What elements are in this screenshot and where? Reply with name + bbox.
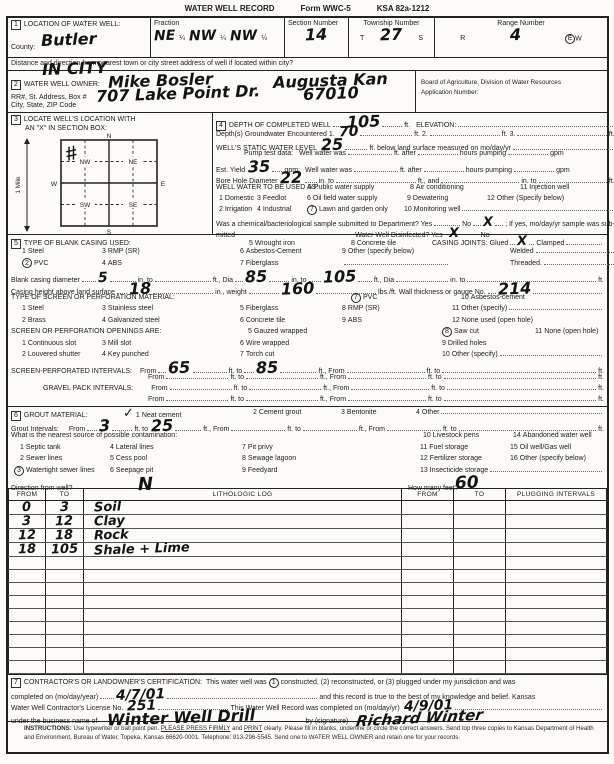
option-label: Galvanized steel [108, 315, 160, 326]
fraction-2-value: NW [189, 29, 217, 44]
lith-cell-value: 3 [22, 515, 31, 528]
option-7: 7Lawn and garden only [307, 204, 404, 215]
option-label: Other (specify) [452, 349, 498, 360]
quadrant-sw-label: SW [80, 202, 91, 209]
lith-cell [506, 515, 607, 529]
option-number: 12 [452, 315, 460, 326]
option-number: 7 [240, 258, 244, 269]
range-cell: Range Number R 4 EW [435, 18, 607, 57]
casing-diameter-value: 5 [98, 271, 108, 285]
option-6: 6Oil field water supply [307, 193, 407, 204]
lith-cell [506, 583, 607, 596]
option-number: 14 [513, 430, 521, 442]
option-number: 11 [452, 303, 459, 314]
option-number: 3 [102, 338, 106, 349]
gauge-value: 214 [497, 280, 531, 297]
option-number: 4 [416, 407, 420, 419]
option-label: Domestic [225, 193, 254, 204]
lith-cell: 105 [46, 543, 84, 557]
option-label: Septic tank [26, 442, 61, 454]
option-10: 10Asbestos-cement [461, 292, 604, 303]
option-5: 5Cess pool [110, 453, 242, 465]
option-number: 4 [102, 258, 106, 269]
lith-cell: 18 [46, 529, 84, 543]
lith-cell [84, 557, 402, 570]
option-4: 4Industrial [257, 204, 307, 215]
lith-cell [454, 543, 506, 557]
option-11: 11Fuel storage [420, 442, 510, 454]
option-number: 12 [420, 453, 428, 465]
application-number-label: Application Number: [421, 89, 603, 96]
one-mile-label: 1 Mile [15, 176, 22, 193]
lith-cell [454, 609, 506, 622]
lith-cell [9, 648, 46, 661]
after-label: ft. after [394, 148, 416, 159]
distance-row: Distance and direction from nearest town… [8, 58, 607, 71]
dotted-blank [500, 349, 602, 356]
option-number: 5 [110, 453, 114, 465]
dotted-blank [441, 407, 602, 414]
circled-option-number: 2 [22, 258, 32, 268]
quadrant-se-label: SE [129, 202, 138, 209]
option-number: 12 [487, 193, 495, 204]
option-label: Livestock pens [433, 430, 479, 442]
lith-cell [454, 570, 506, 583]
instructions-block: INSTRUCTIONS: Use typewriter or ball poi… [8, 721, 607, 744]
est-yield-value: 35 [248, 159, 271, 176]
lith-header-cell: FROM [9, 489, 46, 501]
ft-to-label: ft. to [230, 372, 244, 383]
compass-west-label: W [51, 181, 58, 188]
option-label: Bentonite [347, 407, 377, 419]
option-number: 11 [520, 182, 527, 193]
lith-cell-value: 3 [60, 501, 69, 514]
option-number: 9 [242, 465, 246, 477]
range-value: 4 [509, 27, 521, 43]
section-1-heading: LOCATION OF WATER WELL: [24, 21, 120, 28]
option-2: 2Sewer lines [20, 453, 110, 465]
option-number: 2 [219, 204, 223, 215]
fraction-1-value: NE [154, 29, 176, 44]
section-2-number: 2 [11, 80, 21, 90]
option-9: 9ABS [342, 315, 452, 326]
section-7-certification: 7 CONTRACTOR'S OR LANDOWNER'S CERTIFICAT… [8, 674, 607, 721]
lith-cell [9, 661, 46, 674]
from-label: From [148, 394, 164, 405]
ft-from-label: ft., From [320, 372, 346, 383]
quarter-symbol: ¼ [261, 35, 267, 42]
lith-cell [454, 583, 506, 596]
lith-cell [454, 529, 506, 543]
lith-cell [506, 648, 607, 661]
option-1: 1Steel [22, 246, 102, 257]
option-label: ABS [348, 315, 362, 326]
circled-option-number: 8 [442, 327, 452, 337]
lith-cell [454, 596, 506, 609]
option-label: Sewer lines [26, 453, 62, 465]
lith-cell [506, 596, 607, 609]
casing-dia2-value: 85 [245, 269, 268, 286]
lith-row [9, 661, 607, 674]
lith-cell: 3 [46, 501, 84, 515]
option-label: Oil well/Gas well [520, 442, 571, 454]
lith-row: 18105Shale + Lime [9, 543, 607, 557]
from-label: From [151, 383, 167, 394]
section-1-location: 1LOCATION OF WATER WELL: County: Butler … [8, 18, 607, 58]
option-label: Asbestos-Cement [246, 246, 302, 257]
grout-from-value: 3 [99, 418, 111, 434]
lith-cell: 12 [9, 529, 46, 543]
lith-cell [402, 596, 454, 609]
lith-cell-value: Rock [94, 528, 129, 542]
ft-label: ft. [598, 275, 604, 286]
option-label: Watertight sewer lines [26, 465, 95, 477]
option-number: 7 [240, 349, 244, 360]
township-prefix: T [360, 35, 364, 42]
section-6-grout: 6GROUT MATERIAL: ✓1Neat cement2Cement gr… [8, 406, 607, 488]
option-5: 5Public water supply [308, 182, 410, 193]
glued-mark: X [517, 235, 527, 248]
option-3: 3Stainless steel [102, 303, 240, 314]
range-prefix: R [460, 35, 465, 42]
lith-cell [46, 609, 84, 622]
option-1: 1Domestic [219, 193, 257, 204]
lith-cell [9, 609, 46, 622]
lith-cell [402, 515, 454, 529]
option-label: Irrigation [225, 204, 252, 215]
option-8: 8Air conditioning [410, 182, 520, 193]
grout-heading: GROUT MATERIAL: [24, 412, 88, 419]
option-number: 4 [102, 349, 106, 360]
option-label: RMP (SR) [348, 303, 380, 314]
section-box-diagram: 1 Mile NW NE SW SE N [11, 132, 211, 236]
option-number: 13 [420, 465, 428, 477]
option-10: 10Monitoring well [404, 204, 614, 215]
option-10: 10Livestock pens [423, 430, 513, 442]
quarter-symbol: ¼ [220, 35, 226, 42]
lith-header-row: FROMTOLITHOLOGIC LOGFROMTOPLUGGING INTER… [9, 489, 607, 501]
option-label: Monitoring well [414, 204, 461, 215]
casing-depth-value: 105 [322, 269, 356, 286]
option-number: 8 [242, 453, 246, 465]
section-3-number: 3 [11, 115, 21, 125]
city-state-zip-label: City, State, ZIP Code [11, 99, 76, 112]
lith-cell [402, 557, 454, 570]
lith-cell [454, 661, 506, 674]
option-8: 8RMP (SR) [342, 303, 452, 314]
lith-cell-value: 18 [18, 543, 37, 557]
option-number: 9 [342, 315, 346, 326]
lith-cell-value: 12 [55, 515, 74, 529]
dotted-blank [490, 465, 602, 472]
ft-to-label: ft. to [431, 383, 445, 394]
lith-cell [402, 501, 454, 515]
spi-to-value: 85 [256, 360, 279, 377]
sample-no-mark: X [483, 216, 493, 229]
option-number: 11 [420, 442, 427, 454]
lith-cell [454, 515, 506, 529]
lith-cell [454, 557, 506, 570]
lith-row: 03Soil [9, 501, 607, 515]
option-label: Oil field water supply [313, 193, 378, 204]
option-1: 1Septic tank [20, 442, 110, 454]
lith-cell: Clay [84, 515, 402, 529]
option-number: 6 [110, 465, 114, 477]
lith-cell-value: Shale + Lime [94, 541, 190, 557]
option-label: Concrete tile [246, 315, 285, 326]
lith-row [9, 622, 607, 635]
contamination-question: What is the nearest source of possible c… [11, 430, 423, 442]
option-7: 7PVC [351, 292, 461, 303]
option-11: 11Injection well [520, 182, 614, 193]
ft-to-label: ft. to [428, 372, 442, 383]
option-label: Fiberglass [246, 303, 278, 314]
lith-cell: Rock [84, 529, 402, 543]
option-label: ABS [108, 258, 122, 269]
lith-cell [402, 529, 454, 543]
option-number: 9 [342, 246, 346, 257]
option-number: 6 [240, 315, 244, 326]
ft-to-label: ft. to [428, 394, 442, 405]
county-cell: 1LOCATION OF WATER WELL: County: Butler [8, 18, 151, 57]
option-label: Steel [28, 246, 44, 257]
option-8: 8Saw cut [442, 326, 535, 337]
lith-cell: Soil [84, 501, 402, 515]
option-12: 12Other (Specify below) [487, 193, 614, 204]
ft-label: ft. [598, 383, 604, 394]
lithologic-log-table: FROMTOLITHOLOGIC LOGFROMTOPLUGGING INTER… [8, 488, 607, 674]
lith-cell [402, 635, 454, 648]
option-3: 3Watertight sewer lines [14, 465, 110, 477]
quadrant-ne-label: NE [129, 159, 138, 166]
ft-label: ft. [598, 394, 604, 405]
option-label: Feedyard [248, 465, 278, 477]
option-9: 9Feedyard [242, 465, 420, 477]
lith-cell [506, 635, 607, 648]
option-6: 6Concrete tile [240, 315, 342, 326]
water-well-record-form: WATER WELL RECORD Form WWC-5 KSA 82a-121… [0, 0, 614, 764]
option-label: Mill slot [108, 338, 131, 349]
instructions-underline-2: PRINT [244, 725, 262, 732]
lith-cell [9, 635, 46, 648]
option-label: Cement grout [259, 407, 301, 419]
option-number: 10 [423, 430, 431, 442]
option-number: 3 [102, 303, 106, 314]
form-title: WATER WELL RECORD [185, 4, 275, 13]
cert-text-1: This water well was [206, 677, 267, 688]
option-label: Injection well [529, 182, 569, 193]
option-6: 6Wire wrapped [240, 338, 442, 349]
dotted-blank [462, 204, 612, 211]
ft-dia-label: ft., Dia [374, 275, 394, 286]
option-label: PVC [363, 292, 377, 303]
from-label: From [148, 372, 164, 383]
range-label: Range Number [438, 20, 604, 27]
lith-cell [46, 661, 84, 674]
lith-cell-value: 12 [18, 529, 37, 543]
option-2: 2PVC [22, 258, 102, 269]
section-1-number: 1 [11, 20, 21, 30]
threaded-label: Threaded. [510, 258, 542, 269]
option-label: Air conditioning [416, 182, 464, 193]
option-label: Lateral lines [116, 442, 154, 454]
compass-south-label: S [107, 229, 112, 236]
instructions-text-2: and [232, 725, 242, 732]
option-label: Stainless steel [108, 303, 153, 314]
section-2-owner: 2 WATER WELL OWNER: Mike Bosler Augusta … [8, 71, 607, 113]
lith-cell [506, 609, 607, 622]
lith-cell [454, 648, 506, 661]
spi-from-value: 65 [168, 360, 191, 377]
option-label: Other [422, 407, 440, 419]
option-number: 6 [307, 193, 311, 204]
option-4: 4Lateral lines [110, 442, 242, 454]
option-label: Lawn and garden only [319, 204, 388, 215]
option-2: 2Brass [22, 315, 102, 326]
option-10: 10Other (specify) [442, 349, 604, 360]
option-label: PVC [34, 258, 48, 269]
owner-heading: WATER WELL OWNER: [24, 78, 100, 91]
lith-cell [506, 570, 607, 583]
blank-casing-diameter-label: Blank casing diameter [11, 275, 80, 286]
option-label: Key punched [108, 349, 149, 360]
lith-cell [46, 635, 84, 648]
lith-cell [9, 622, 46, 635]
lith-cell-value: 0 [22, 501, 31, 514]
lith-row: 1218Rock [9, 529, 607, 543]
option-number: 1 [136, 410, 140, 422]
screen-perforated-intervals-label: SCREEN-PERFORATED INTERVALS: [11, 366, 132, 377]
lith-cell-value: Clay [94, 514, 125, 528]
option-label: Public water supply [314, 182, 374, 193]
dotted-blank [509, 303, 602, 310]
option-label: Other (specify below) [520, 453, 586, 465]
option-label: Drilled holes [448, 338, 487, 349]
option-number: 10 [442, 349, 450, 360]
range-east-circled: E [565, 34, 575, 44]
section-number-value: 14 [305, 27, 328, 44]
circled-option-number: 3 [14, 466, 24, 476]
option-6: 6Seepage pit [110, 465, 242, 477]
section-3-heading-line2: AN "X" IN SECTION BOX: [11, 125, 209, 132]
option-number: 5 [248, 326, 252, 337]
lith-cell: 12 [46, 515, 84, 529]
option-16: 16Other (specify below) [510, 453, 604, 465]
option-label: None used (open hole) [462, 315, 533, 326]
lith-cell [84, 661, 402, 674]
option-number: 5 [240, 303, 244, 314]
section-5-casing: 5TYPE OF BLANK CASING USED: 5Wrought iro… [8, 235, 607, 406]
lith-cell [402, 609, 454, 622]
option-number: 3 [341, 407, 345, 419]
option-label: Fertilizer storage [430, 453, 482, 465]
lith-cell-value: 18 [55, 529, 74, 543]
option-number: 8 [410, 182, 414, 193]
option-3: 3Feedlot [257, 193, 307, 204]
lith-cell: 18 [9, 543, 46, 557]
lith-cell [46, 622, 84, 635]
option-number: 6 [240, 246, 244, 257]
option-label: RMP (SR) [108, 246, 140, 257]
lith-cell [9, 583, 46, 596]
ft-label: ft. [598, 372, 604, 383]
option-3: 3RMP (SR) [102, 246, 240, 257]
lith-cell-value: Soil [94, 501, 122, 515]
lith-cell [506, 529, 607, 543]
lith-cell [506, 622, 607, 635]
option-label: Pit privy [248, 442, 273, 454]
option-11: 11Other (specify) [452, 303, 604, 314]
lith-header-cell: FROM [402, 489, 454, 501]
lith-cell [402, 648, 454, 661]
static-level-value: 25 [321, 136, 344, 153]
lith-row [9, 635, 607, 648]
gravel-pack-label: GRAVEL PACK INTERVALS: [43, 383, 133, 394]
section-5-number: 5 [11, 239, 21, 249]
lith-cell [84, 583, 402, 596]
lith-cell [506, 543, 607, 557]
option-12: 12Fertilizer storage [420, 453, 510, 465]
lith-cell [402, 583, 454, 596]
option-9: 9Dewatering [407, 193, 487, 204]
option-8: 8Sewage lagoon [242, 453, 420, 465]
option-3: 3Bentonite [341, 407, 416, 422]
option-label: Sewage lagoon [248, 453, 296, 465]
option-number: 10 [461, 292, 469, 303]
constructed-option-circled: 1 [269, 678, 279, 688]
option-label: Gauzed wrapped [254, 326, 307, 337]
disinfected-yes-mark: X [448, 227, 458, 240]
lith-cell [402, 543, 454, 557]
lith-cell [84, 635, 402, 648]
option-4: 4ABS [102, 258, 240, 269]
option-label: Other (specify below) [348, 246, 414, 257]
option-label: Steel [28, 303, 44, 314]
ft-to-label: ft. to [234, 383, 248, 394]
lith-cell [46, 596, 84, 609]
option-number: 10 [404, 204, 412, 215]
option-number: 1 [219, 193, 223, 204]
option-number: 6 [240, 338, 244, 349]
cert-text-2: constructed, (2) reconstructed, or (3) p… [281, 677, 516, 688]
gpm-label: gpm [550, 148, 564, 159]
option-number: 1 [22, 303, 26, 314]
option-number: 16 [510, 453, 518, 465]
fraction-cell: Fraction NE¼ NW¼ NW¼ [151, 18, 285, 57]
compass-east-label: E [161, 181, 166, 188]
township-cell: Township Number T 27 S [349, 18, 435, 57]
lith-cell: Shale + Lime [84, 543, 402, 557]
option-4: 4Galvanized steel [102, 315, 240, 326]
option-number: 1 [22, 246, 26, 257]
in-to-label: in. to [450, 275, 465, 286]
township-suffix: S [418, 35, 423, 42]
bore-hole-value: 22 [280, 170, 303, 187]
option-3: 3Mill slot [102, 338, 240, 349]
lith-row [9, 583, 607, 596]
lith-header-cell: LITHOLOGIC LOG [84, 489, 402, 501]
lith-cell [84, 648, 402, 661]
option-number: 3 [102, 246, 106, 257]
feet-value: 60 [455, 475, 479, 493]
option-2: 2Louvered shutter [22, 349, 102, 360]
option-number: 2 [253, 407, 257, 419]
option-number: 2 [22, 349, 26, 360]
county-label: County: [11, 44, 35, 51]
option-number: 9 [442, 338, 446, 349]
well-location-mark: # [63, 142, 79, 166]
option-label: Cess pool [116, 453, 147, 465]
